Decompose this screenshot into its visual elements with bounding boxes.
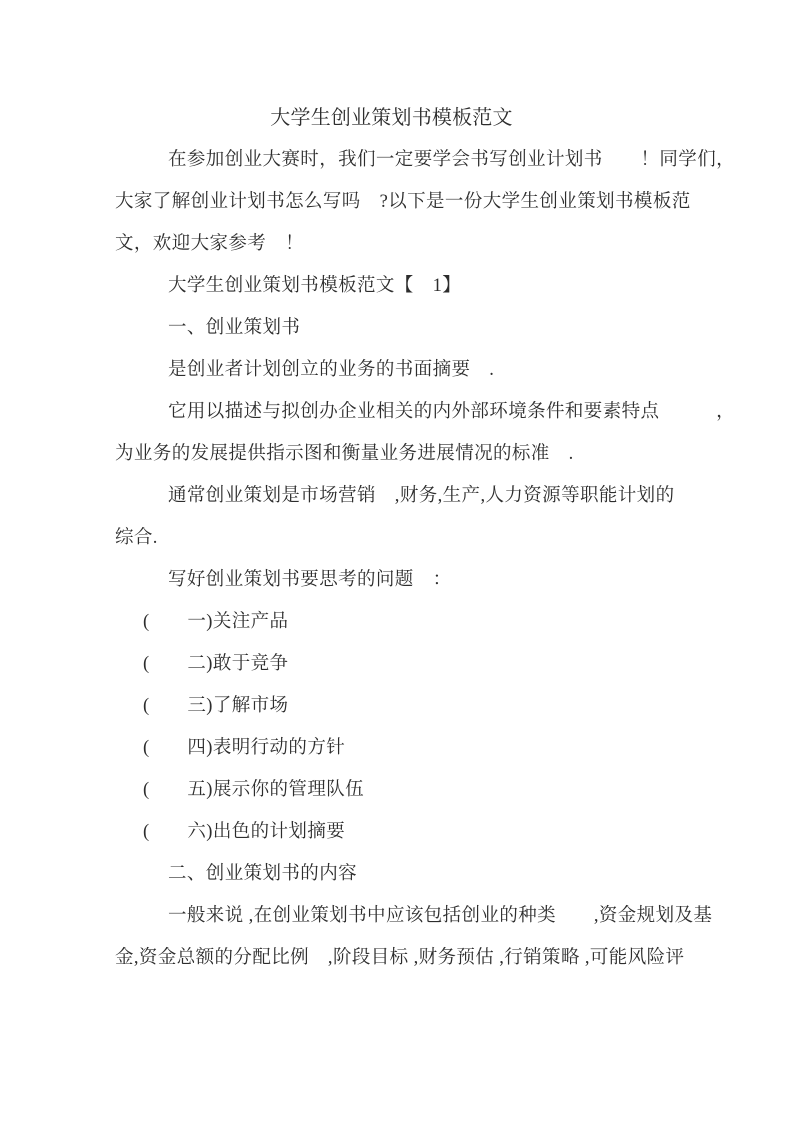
functions-line-1: 通常创业策划是市场营销 ,财务,生产,人力资源等职能计划的	[115, 475, 690, 517]
list-item-5: ( 五)展示你的管理队伍	[115, 769, 690, 811]
list-item-1: ( 一)关注产品	[115, 601, 690, 643]
intro-line-1: 在参加创业大赛时，我们一定要学会书写创业计划书 ！同学们，	[115, 139, 690, 181]
list-item-3: ( 三)了解市场	[115, 685, 690, 727]
template-subtitle: 大学生创业策划书模板范文【 1】	[115, 265, 690, 307]
list-item-2: ( 二)敢于竞争	[115, 643, 690, 685]
describe-line-1: 它用以描述与拟创办企业相关的内外部环境条件和要素特点 ，	[115, 391, 690, 433]
functions-line-2: 综合.	[115, 517, 690, 559]
document-page: 大学生创业策划书模板范文 在参加创业大赛时，我们一定要学会书写创业计划书 ！同学…	[0, 0, 800, 1132]
content-line-1: 一般来说 ,在创业策划书中应该包括创业的种类 ,资金规划及基	[115, 895, 690, 937]
questions-heading: 写好创业策划书要思考的问题 ：	[115, 559, 690, 601]
summary-line: 是创业者计划创立的业务的书面摘要 .	[115, 349, 690, 391]
section-1-heading: 一、创业策划书	[115, 307, 690, 349]
intro-line-3: 文，欢迎大家参考 ！	[115, 223, 690, 265]
describe-line-2: 为业务的发展提供指示图和衡量业务进展情况的标准 .	[115, 433, 690, 475]
content-line-2: 金,资金总额的分配比例 ,阶段目标 ,财务预估 ,行销策略 ,可能风险评	[115, 937, 690, 979]
section-2-heading: 二、创业策划书的内容	[115, 853, 690, 895]
list-item-4: ( 四)表明行动的方针	[115, 727, 690, 769]
intro-line-2: 大家了解创业计划书怎么写吗 ?以下是一份大学生创业策划书模板范	[115, 181, 690, 223]
document-body: 大学生创业策划书模板范文 在参加创业大赛时，我们一定要学会书写创业计划书 ！同学…	[115, 97, 690, 979]
document-title: 大学生创业策划书模板范文	[104, 97, 679, 139]
list-item-6: ( 六)出色的计划摘要	[115, 811, 690, 853]
